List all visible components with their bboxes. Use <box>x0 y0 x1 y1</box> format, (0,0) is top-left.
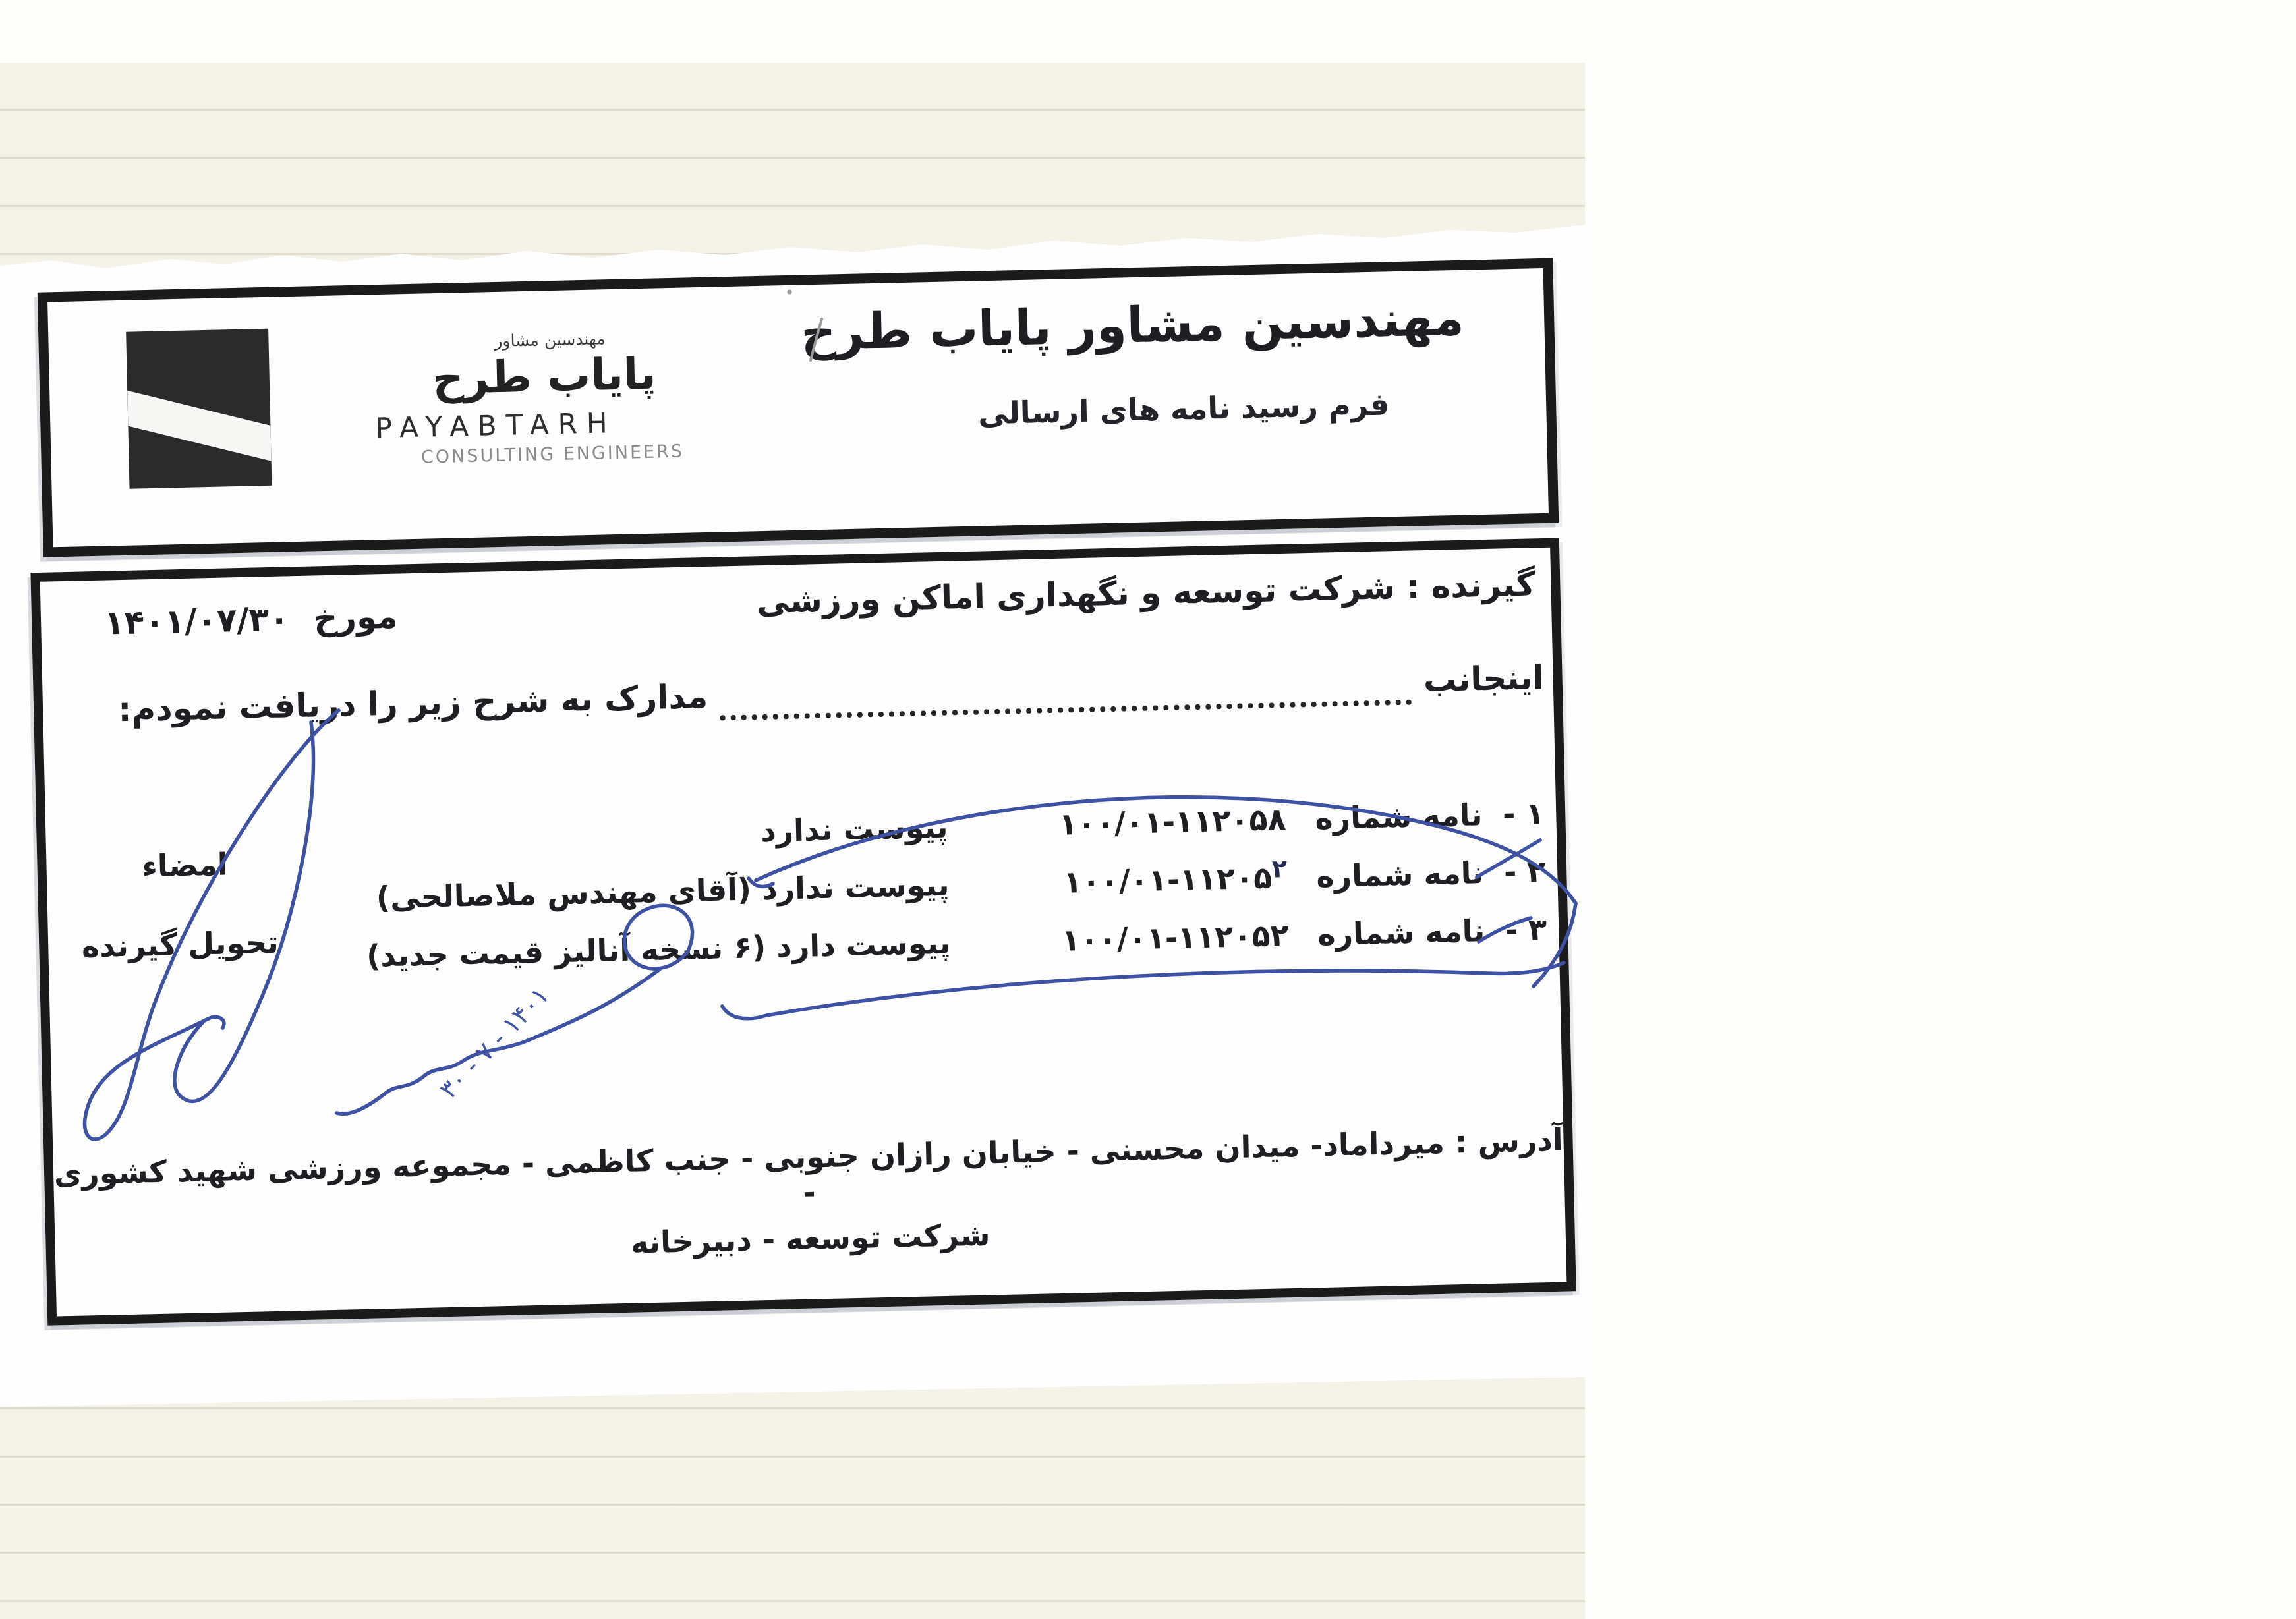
scanned-receipt-page: { "header": { "title": "مهندسین مشاور پا… <box>0 0 2296 1619</box>
row-number: ۲ - <box>1494 853 1546 890</box>
row-number: ۳ - <box>1495 911 1547 948</box>
logo-latin-name: PAYABTARH <box>285 405 707 447</box>
date-value: ۱۴۰۱/۰۷/۳۰ <box>104 600 290 642</box>
letter-label: نامه شماره <box>1317 913 1485 952</box>
undersigned-row: اینجانب مدارک به شرح زیر را دریافت نمودم… <box>59 658 1545 735</box>
sheet-tilt-wrapper: مهندسین مشاور پایاب طرح PAYABTARH CONSUL… <box>0 203 1598 1425</box>
letter-number-printed: ۱۰۰/۰۱-۱۱۲۰۵۸ <box>1058 801 1286 842</box>
attachment-note: پیوست ندارد <box>760 809 948 849</box>
row-number: ۱ - <box>1493 795 1545 832</box>
letter-number: ۱۰۰/۰۱-۱۱۲۰۵۲ <box>1063 859 1288 900</box>
letters-list: ۱ - نامه شماره ۱۰۰/۰۱-۱۱۲۰۵۸ پیوست ندارد… <box>59 795 1547 1003</box>
letter-number: ۱۰۰/۰۱-۱۱۲۰۵۲ <box>1061 917 1289 958</box>
logo-text-block: مهندسین مشاور پایاب طرح PAYABTARH CONSUL… <box>283 319 708 485</box>
recipient-line: گیرنده : شرکت توسعه و نگهداری اماکن ورزش… <box>756 565 1535 621</box>
signature-label: امضاء <box>46 844 324 886</box>
letter-number: ۱۰۰/۰۱-۱۱۲۰۵۸ <box>1058 801 1286 842</box>
logo-mark-icon <box>126 329 272 489</box>
letterhead-box: مهندسین مشاور پایاب طرح PAYABTARH CONSUL… <box>38 258 1559 557</box>
receipt-form-content: گیرنده : شرکت توسعه و نگهداری اماکن ورزش… <box>40 548 1567 1317</box>
letterhead-titles: مهندسین مشاور پایاب طرح فرم رسید نامه ها… <box>789 289 1477 436</box>
dotted-line <box>719 662 1412 721</box>
scanned-sheet: مهندسین مشاور پایاب طرح PAYABTARH CONSUL… <box>0 221 1585 1407</box>
date-line: مورخ ۱۴۰۱/۰۷/۳۰ <box>104 598 398 642</box>
undersigned-prefix: اینجانب <box>1423 658 1544 699</box>
recipient-row: گیرنده : شرکت توسعه و نگهداری اماکن ورزش… <box>56 565 1535 637</box>
letter-number-printed: ۱۰۰/۰۱-۱۱۲۰۵ <box>1063 860 1273 900</box>
letter-label: نامه شماره <box>1315 797 1483 836</box>
undersigned-suffix: مدارک به شرح زیر را دریافت نمودم: <box>118 677 708 729</box>
logo-farsi-name: پایاب طرح <box>283 347 706 408</box>
letter-number-printed: ۱۰۰/۰۱-۱۱۲۰۵۲ <box>1061 917 1289 958</box>
receipt-form-box: گیرنده : شرکت توسعه و نگهداری اماکن ورزش… <box>30 538 1576 1326</box>
receiver-label: تحویل گیرنده <box>48 924 312 965</box>
handwritten-digit: ۲ <box>1271 854 1287 884</box>
page-subtitle: فرم رسید نامه های ارسالی <box>791 384 1478 436</box>
logo-slash-icon <box>126 388 272 465</box>
company-logo: مهندسین مشاور پایاب طرح PAYABTARH CONSUL… <box>126 319 708 489</box>
logo-latin-subtitle: CONSULTING ENGINEERS <box>285 441 708 471</box>
date-label: مورخ <box>314 598 398 638</box>
page-title: مهندسین مشاور پایاب طرح <box>789 289 1476 362</box>
letter-label: نامه شماره <box>1316 855 1484 894</box>
